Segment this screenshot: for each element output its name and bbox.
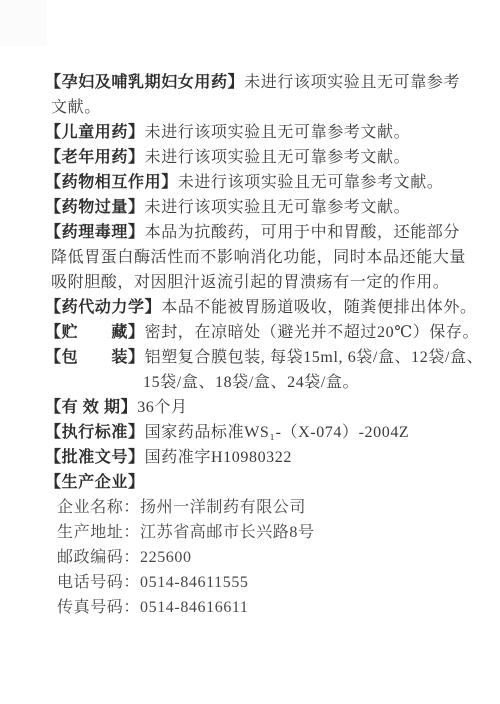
section-text: 企业名称：扬州一洋制药有限公司 — [57, 499, 306, 516]
section-text: 未进行该项实验且无可靠参考文献。 — [145, 124, 411, 141]
section-text: 文献。 — [51, 99, 101, 116]
doc-line-shelf-life: 【有 效 期】36个月 — [45, 399, 473, 417]
section-text: 生产地址：江苏省高邮市长兴路8号 — [57, 524, 315, 541]
section-text: 未进行该项实验且无可靠参考文献。 — [145, 149, 411, 166]
section-label: 【生产企业】 — [45, 474, 145, 491]
section-text: 邮政编码：225600 — [57, 549, 192, 566]
document-text-block: 【孕妇及哺乳期妇女用药】未进行该项实验且无可靠参考 文献。 【儿童用药】未进行该… — [45, 74, 473, 624]
section-label: 【批准文号】 — [45, 449, 145, 466]
doc-line-address: 生产地址：江苏省高邮市长兴路8号 — [45, 524, 473, 542]
doc-line-pediatric-use: 【儿童用药】未进行该项实验且无可靠参考文献。 — [45, 124, 473, 142]
section-text: 未进行该项实验且无可靠参考 — [244, 74, 460, 91]
section-text: 本品不能被胃肠道吸收，随粪便排出体外。 — [161, 299, 476, 316]
doc-line-pregnancy-use: 【孕妇及哺乳期妇女用药】未进行该项实验且无可靠参考 — [45, 74, 473, 92]
section-text: 未进行该项实验且无可靠参考文献。 — [178, 174, 444, 191]
doc-line-standard: 【执行标准】国家药品标准WS₁-（X-074）-2004Z — [45, 424, 473, 442]
section-text: 36个月 — [137, 399, 187, 416]
section-text: 未进行该项实验且无可靠参考文献。 — [145, 199, 411, 216]
section-label: 【有 效 期】 — [45, 399, 137, 416]
doc-line-pharmacology-cont2: 吸附胆酸，对因胆汁返流引起的胃溃疡有一定的作用。 — [45, 274, 473, 292]
doc-line-postal-code: 邮政编码：225600 — [45, 549, 473, 567]
scanned-drug-insert-page: 【孕妇及哺乳期妇女用药】未进行该项实验且无可靠参考 文献。 【儿童用药】未进行该… — [0, 0, 500, 704]
section-label: 【包 装】 — [45, 349, 145, 366]
section-label: 【药物过量】 — [45, 199, 145, 216]
section-text: 铝塑复合膜包装, 每袋15ml, 6袋/盒、12袋/盒、 — [145, 349, 484, 366]
section-text: 15袋/盒、18袋/盒、24袋/盒。 — [143, 374, 359, 391]
section-text: 电话号码：0514-84611555 — [57, 574, 249, 591]
doc-line-manufacturer-header: 【生产企业】 — [45, 474, 473, 492]
section-label: 【药代动力学】 — [45, 299, 161, 316]
section-text: 国家药品标准WS₁-（X-074）-2004Z — [145, 424, 410, 441]
section-text: 传真号码：0514-84616611 — [57, 599, 249, 616]
doc-line-packaging-cont: 15袋/盒、18袋/盒、24袋/盒。 — [45, 374, 473, 392]
doc-line-pharmacology-cont1: 降低胃蛋白酶活性而不影响消化功能，同时本品还能大量 — [45, 249, 473, 267]
doc-line-pharmacology: 【药理毒理】本品为抗酸药，可用于中和胃酸，还能部分 — [45, 224, 473, 242]
doc-line-drug-interactions: 【药物相互作用】未进行该项实验且无可靠参考文献。 — [45, 174, 473, 192]
doc-line-packaging: 【包 装】铝塑复合膜包装, 每袋15ml, 6袋/盒、12袋/盒、 — [45, 349, 473, 367]
doc-line-company-name: 企业名称：扬州一洋制药有限公司 — [45, 499, 473, 517]
doc-line-overdose: 【药物过量】未进行该项实验且无可靠参考文献。 — [45, 199, 473, 217]
doc-line-storage: 【贮 藏】密封，在凉暗处（避光并不超过20℃）保存。 — [45, 324, 473, 342]
doc-line-pharmacokinetics: 【药代动力学】本品不能被胃肠道吸收，随粪便排出体外。 — [45, 299, 473, 317]
section-label: 【老年用药】 — [45, 149, 145, 166]
section-text: 吸附胆酸，对因胆汁返流引起的胃溃疡有一定的作用。 — [51, 274, 449, 291]
section-label: 【药理毒理】 — [45, 224, 145, 241]
section-text: 降低胃蛋白酶活性而不影响消化功能，同时本品还能大量 — [51, 249, 466, 266]
section-label: 【药物相互作用】 — [45, 174, 178, 191]
section-text: 国药准字H10980322 — [145, 449, 292, 466]
section-label: 【贮 藏】 — [45, 324, 145, 341]
section-text: 本品为抗酸药，可用于中和胃酸，还能部分 — [145, 224, 460, 241]
doc-line-phone: 电话号码：0514-84611555 — [45, 574, 473, 592]
scan-artifact-topleft — [0, 0, 47, 46]
section-label: 【儿童用药】 — [45, 124, 145, 141]
doc-line-fax: 传真号码：0514-84616611 — [45, 599, 473, 617]
section-text: 密封，在凉暗处（避光并不超过20℃）保存。 — [145, 324, 480, 341]
doc-line-pregnancy-use-cont: 文献。 — [45, 99, 473, 117]
section-label: 【执行标准】 — [45, 424, 145, 441]
doc-line-approval-number: 【批准文号】国药准字H10980322 — [45, 449, 473, 467]
section-label: 【孕妇及哺乳期妇女用药】 — [45, 74, 244, 91]
doc-line-geriatric-use: 【老年用药】未进行该项实验且无可靠参考文献。 — [45, 149, 473, 167]
